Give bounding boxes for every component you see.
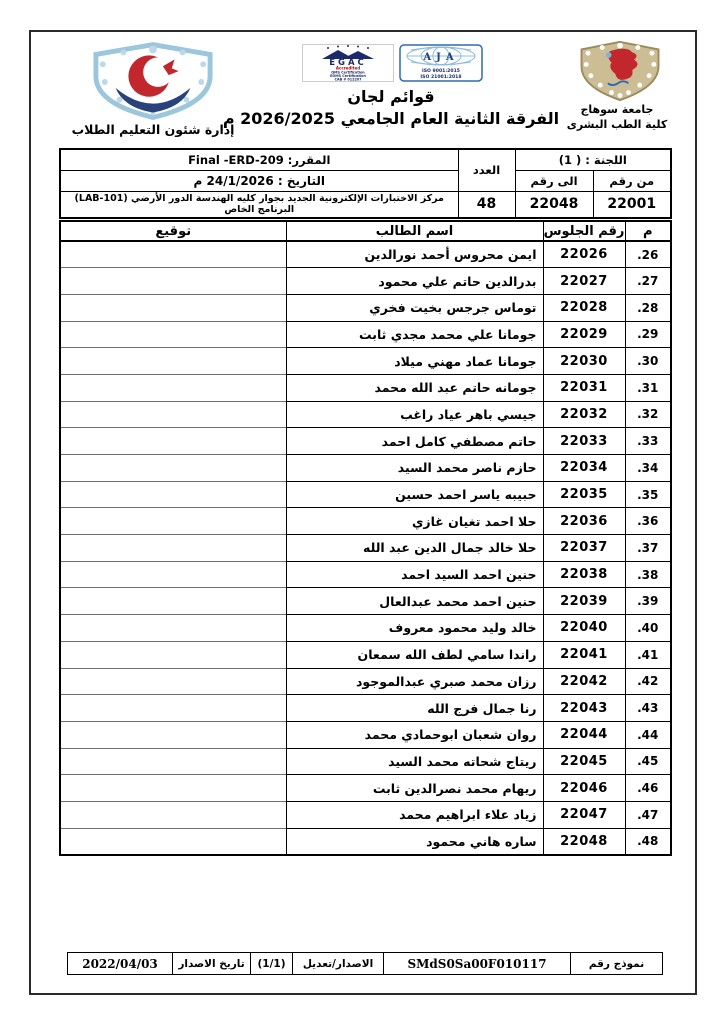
row-student-name: بدرالدين حاتم علي محمود — [286, 268, 543, 295]
row-student-name: حنين احمد محمد عبدالعال — [286, 588, 543, 615]
aja-certification-icon: AJA ISO 9001:2015 ISO 21001:2018 — [399, 44, 483, 82]
to-number-label: الى رقم — [515, 170, 593, 191]
row-index: 39. — [625, 588, 671, 615]
to-number-value: 22048 — [515, 191, 593, 218]
row-seat-number: 22037 — [543, 535, 625, 562]
row-seat-number: 22046 — [543, 775, 625, 802]
table-row: 46. 22046 ريهام محمد نصرالدين ثابت — [60, 775, 671, 802]
sohag-university-emblem-icon — [577, 40, 663, 102]
table-row: 39. 22039 حنين احمد محمد عبدالعال — [60, 588, 671, 615]
row-student-name: جومانا علي محمد مجدي ثابت — [286, 321, 543, 348]
row-signature-cell — [60, 428, 286, 455]
header-index: م — [625, 221, 671, 241]
row-seat-number: 22030 — [543, 348, 625, 375]
egac-accreditation-icon: EGAC Accredited QMS Certification EOMS C… — [302, 44, 394, 82]
row-index: 44. — [625, 721, 671, 748]
row-seat-number: 22048 — [543, 828, 625, 855]
table-row: 27. 22027 بدرالدين حاتم علي محمود — [60, 268, 671, 295]
table-row: 26. 22026 ايمن محروس أحمد نورالدين — [60, 241, 671, 268]
course-name: المقرر: Final -ERD-209 — [60, 149, 458, 170]
row-signature-cell — [60, 801, 286, 828]
table-row: 31. 22031 جومانه حاتم عبد الله محمد — [60, 374, 671, 401]
row-seat-number: 22042 — [543, 668, 625, 695]
row-seat-number: 22031 — [543, 374, 625, 401]
table-row: 33. 22033 حاتم مصطفي كامل احمد — [60, 428, 671, 455]
table-row: 40. 22040 خالد وليد محمود معروف — [60, 615, 671, 642]
row-index: 31. — [625, 374, 671, 401]
row-student-name: جومانه حاتم عبد الله محمد — [286, 374, 543, 401]
table-row: 42. 22042 رزان محمد صبري عبدالموجود — [60, 668, 671, 695]
row-signature-cell — [60, 535, 286, 562]
row-index: 34. — [625, 455, 671, 482]
row-seat-number: 22041 — [543, 641, 625, 668]
table-row: 45. 22045 ريتاج شحاته محمد السيد — [60, 748, 671, 775]
header-signature: توقيع — [60, 221, 286, 241]
count-label: العدد — [458, 149, 515, 191]
row-signature-cell — [60, 241, 286, 268]
table-row: 32. 22032 جيسي باهر عياد راغب — [60, 401, 671, 428]
header-student-name: اسم الطالب — [286, 221, 543, 241]
row-student-name: ريهام محمد نصرالدين ثابت — [286, 775, 543, 802]
aja-line1: ISO 9001:2015 — [422, 68, 460, 74]
row-student-name: حازم ناصر محمد السيد — [286, 455, 543, 482]
row-seat-number: 22028 — [543, 294, 625, 321]
row-index: 29. — [625, 321, 671, 348]
table-header-row: م رقم الجلوس اسم الطالب توقيع — [60, 221, 671, 241]
row-seat-number: 22026 — [543, 241, 625, 268]
row-seat-number: 22047 — [543, 801, 625, 828]
university-name: جامعة سوهاج — [547, 103, 687, 116]
row-student-name: جومانا عماد مهني ميلاد — [286, 348, 543, 375]
row-signature-cell — [60, 401, 286, 428]
table-row: 34. 22034 حازم ناصر محمد السيد — [60, 455, 671, 482]
page-subtitle: الفرقة الثانية العام الجامعي 2026/2025 م — [181, 109, 601, 128]
row-student-name: حلا احمد تغيان غازي — [286, 508, 543, 535]
row-student-name: حاتم مصطفي كامل احمد — [286, 428, 543, 455]
row-index: 27. — [625, 268, 671, 295]
aja-line2: ISO 21001:2018 — [420, 74, 461, 80]
row-student-name: روان شعبان ابوحمادي محمد — [286, 721, 543, 748]
row-student-name: حلا خالد جمال الدين عبد الله — [286, 535, 543, 562]
faculty-name: كلية الطب البشرى — [547, 118, 687, 131]
table-row: 37. 22037 حلا خالد جمال الدين عبد الله — [60, 535, 671, 562]
row-student-name: حبيبه ياسر احمد حسين — [286, 481, 543, 508]
row-student-name: رزان محمد صبري عبدالموجود — [286, 668, 543, 695]
row-student-name: ايمن محروس أحمد نورالدين — [286, 241, 543, 268]
row-seat-number: 22039 — [543, 588, 625, 615]
row-signature-cell — [60, 268, 286, 295]
row-signature-cell — [60, 294, 286, 321]
table-row: 47. 22047 زياد علاء ابراهيم محمد — [60, 801, 671, 828]
issue-date-label: تاريخ الاصدار — [173, 953, 251, 975]
table-row: 28. 22028 توماس جرجس بخيت فخري — [60, 294, 671, 321]
row-signature-cell — [60, 615, 286, 642]
table-row: 48. 22048 ساره هاني محمود — [60, 828, 671, 855]
student-list-table: م رقم الجلوس اسم الطالب توقيع 26. 22026 … — [59, 220, 672, 856]
table-row: 38. 22038 حنين احمد السيد احمد — [60, 561, 671, 588]
row-seat-number: 22036 — [543, 508, 625, 535]
table-row: 36. 22036 حلا احمد تغيان غازي — [60, 508, 671, 535]
row-signature-cell — [60, 508, 286, 535]
row-index: 47. — [625, 801, 671, 828]
issue-edit-value: (1/1) — [251, 953, 293, 975]
row-signature-cell — [60, 828, 286, 855]
row-index: 28. — [625, 294, 671, 321]
row-seat-number: 22043 — [543, 695, 625, 722]
scanned-document: { "header": { "title1": "قوائم لجان", "t… — [0, 0, 725, 1024]
row-seat-number: 22027 — [543, 268, 625, 295]
row-student-name: رنا جمال فرج الله — [286, 695, 543, 722]
row-signature-cell — [60, 321, 286, 348]
row-index: 38. — [625, 561, 671, 588]
row-student-name: جيسي باهر عياد راغب — [286, 401, 543, 428]
table-row: 43. 22043 رنا جمال فرج الله — [60, 695, 671, 722]
student-rows: 26. 22026 ايمن محروس أحمد نورالدين 27. 2… — [60, 241, 671, 855]
table-row: 29. 22029 جومانا علي محمد مجدي ثابت — [60, 321, 671, 348]
row-index: 37. — [625, 535, 671, 562]
exam-location-line2: البرنامج الخاص — [63, 204, 456, 216]
row-seat-number: 22044 — [543, 721, 625, 748]
table-row: 35. 22035 حبيبه ياسر احمد حسين — [60, 481, 671, 508]
row-index: 46. — [625, 775, 671, 802]
from-number-value: 22001 — [593, 191, 671, 218]
row-signature-cell — [60, 455, 286, 482]
row-student-name: راندا سامي لطف الله سمعان — [286, 641, 543, 668]
exam-date: التاريخ : 24/1/2026 م — [60, 170, 458, 191]
row-index: 40. — [625, 615, 671, 642]
row-seat-number: 22032 — [543, 401, 625, 428]
aja-name: AJA — [422, 52, 458, 63]
row-student-name: حنين احمد السيد احمد — [286, 561, 543, 588]
row-signature-cell — [60, 374, 286, 401]
row-student-name: ريتاج شحاته محمد السيد — [286, 748, 543, 775]
row-signature-cell — [60, 668, 286, 695]
document-page: إدارة شئون التعليم الطلاب EGAC Accredite… — [29, 30, 697, 995]
committee-number: اللجنة : ( 1) — [515, 149, 671, 170]
form-number-label: نموذج رقم — [571, 953, 663, 975]
exam-location-line1: مركز الاختبارات الإلكترونية الجديد بجوار… — [63, 193, 456, 205]
row-index: 35. — [625, 481, 671, 508]
row-index: 30. — [625, 348, 671, 375]
form-number-value: SMdS0Sa00F010117 — [384, 953, 571, 975]
row-student-name: ساره هاني محمود — [286, 828, 543, 855]
issue-date-value: 2022/04/03 — [68, 953, 173, 975]
row-index: 43. — [625, 695, 671, 722]
table-row: 41. 22041 راندا سامي لطف الله سمعان — [60, 641, 671, 668]
row-index: 26. — [625, 241, 671, 268]
row-student-name: خالد وليد محمود معروف — [286, 615, 543, 642]
issue-edit-label: الاصدار/تعديل — [293, 953, 384, 975]
row-signature-cell — [60, 348, 286, 375]
row-index: 32. — [625, 401, 671, 428]
exam-info-table: اللجنة : ( 1) العدد المقرر: Final -ERD-2… — [59, 148, 672, 219]
row-seat-number: 22045 — [543, 748, 625, 775]
page-title: قوائم لجان — [261, 87, 521, 106]
egac-line3: CAB # 012207 — [334, 78, 362, 82]
row-seat-number: 22038 — [543, 561, 625, 588]
table-row: 30. 22030 جومانا عماد مهني ميلاد — [60, 348, 671, 375]
from-number-label: من رقم — [593, 170, 671, 191]
row-signature-cell — [60, 695, 286, 722]
row-index: 42. — [625, 668, 671, 695]
row-signature-cell — [60, 748, 286, 775]
row-index: 41. — [625, 641, 671, 668]
row-seat-number: 22035 — [543, 481, 625, 508]
row-seat-number: 22034 — [543, 455, 625, 482]
row-index: 48. — [625, 828, 671, 855]
row-signature-cell — [60, 641, 286, 668]
count-value: 48 — [458, 191, 515, 218]
row-signature-cell — [60, 721, 286, 748]
row-seat-number: 22029 — [543, 321, 625, 348]
row-student-name: زياد علاء ابراهيم محمد — [286, 801, 543, 828]
row-signature-cell — [60, 775, 286, 802]
row-index: 36. — [625, 508, 671, 535]
row-signature-cell — [60, 588, 286, 615]
exam-location: مركز الاختبارات الإلكترونية الجديد بجوار… — [60, 191, 458, 218]
row-seat-number: 22033 — [543, 428, 625, 455]
row-index: 45. — [625, 748, 671, 775]
row-signature-cell — [60, 561, 286, 588]
row-index: 33. — [625, 428, 671, 455]
row-student-name: توماس جرجس بخيت فخري — [286, 294, 543, 321]
row-seat-number: 22040 — [543, 615, 625, 642]
form-footer-table: نموذج رقم SMdS0Sa00F010117 الاصدار/تعديل… — [67, 952, 663, 975]
table-row: 44. 22044 روان شعبان ابوحمادي محمد — [60, 721, 671, 748]
row-signature-cell — [60, 481, 286, 508]
header-seat-number: رقم الجلوس — [543, 221, 625, 241]
